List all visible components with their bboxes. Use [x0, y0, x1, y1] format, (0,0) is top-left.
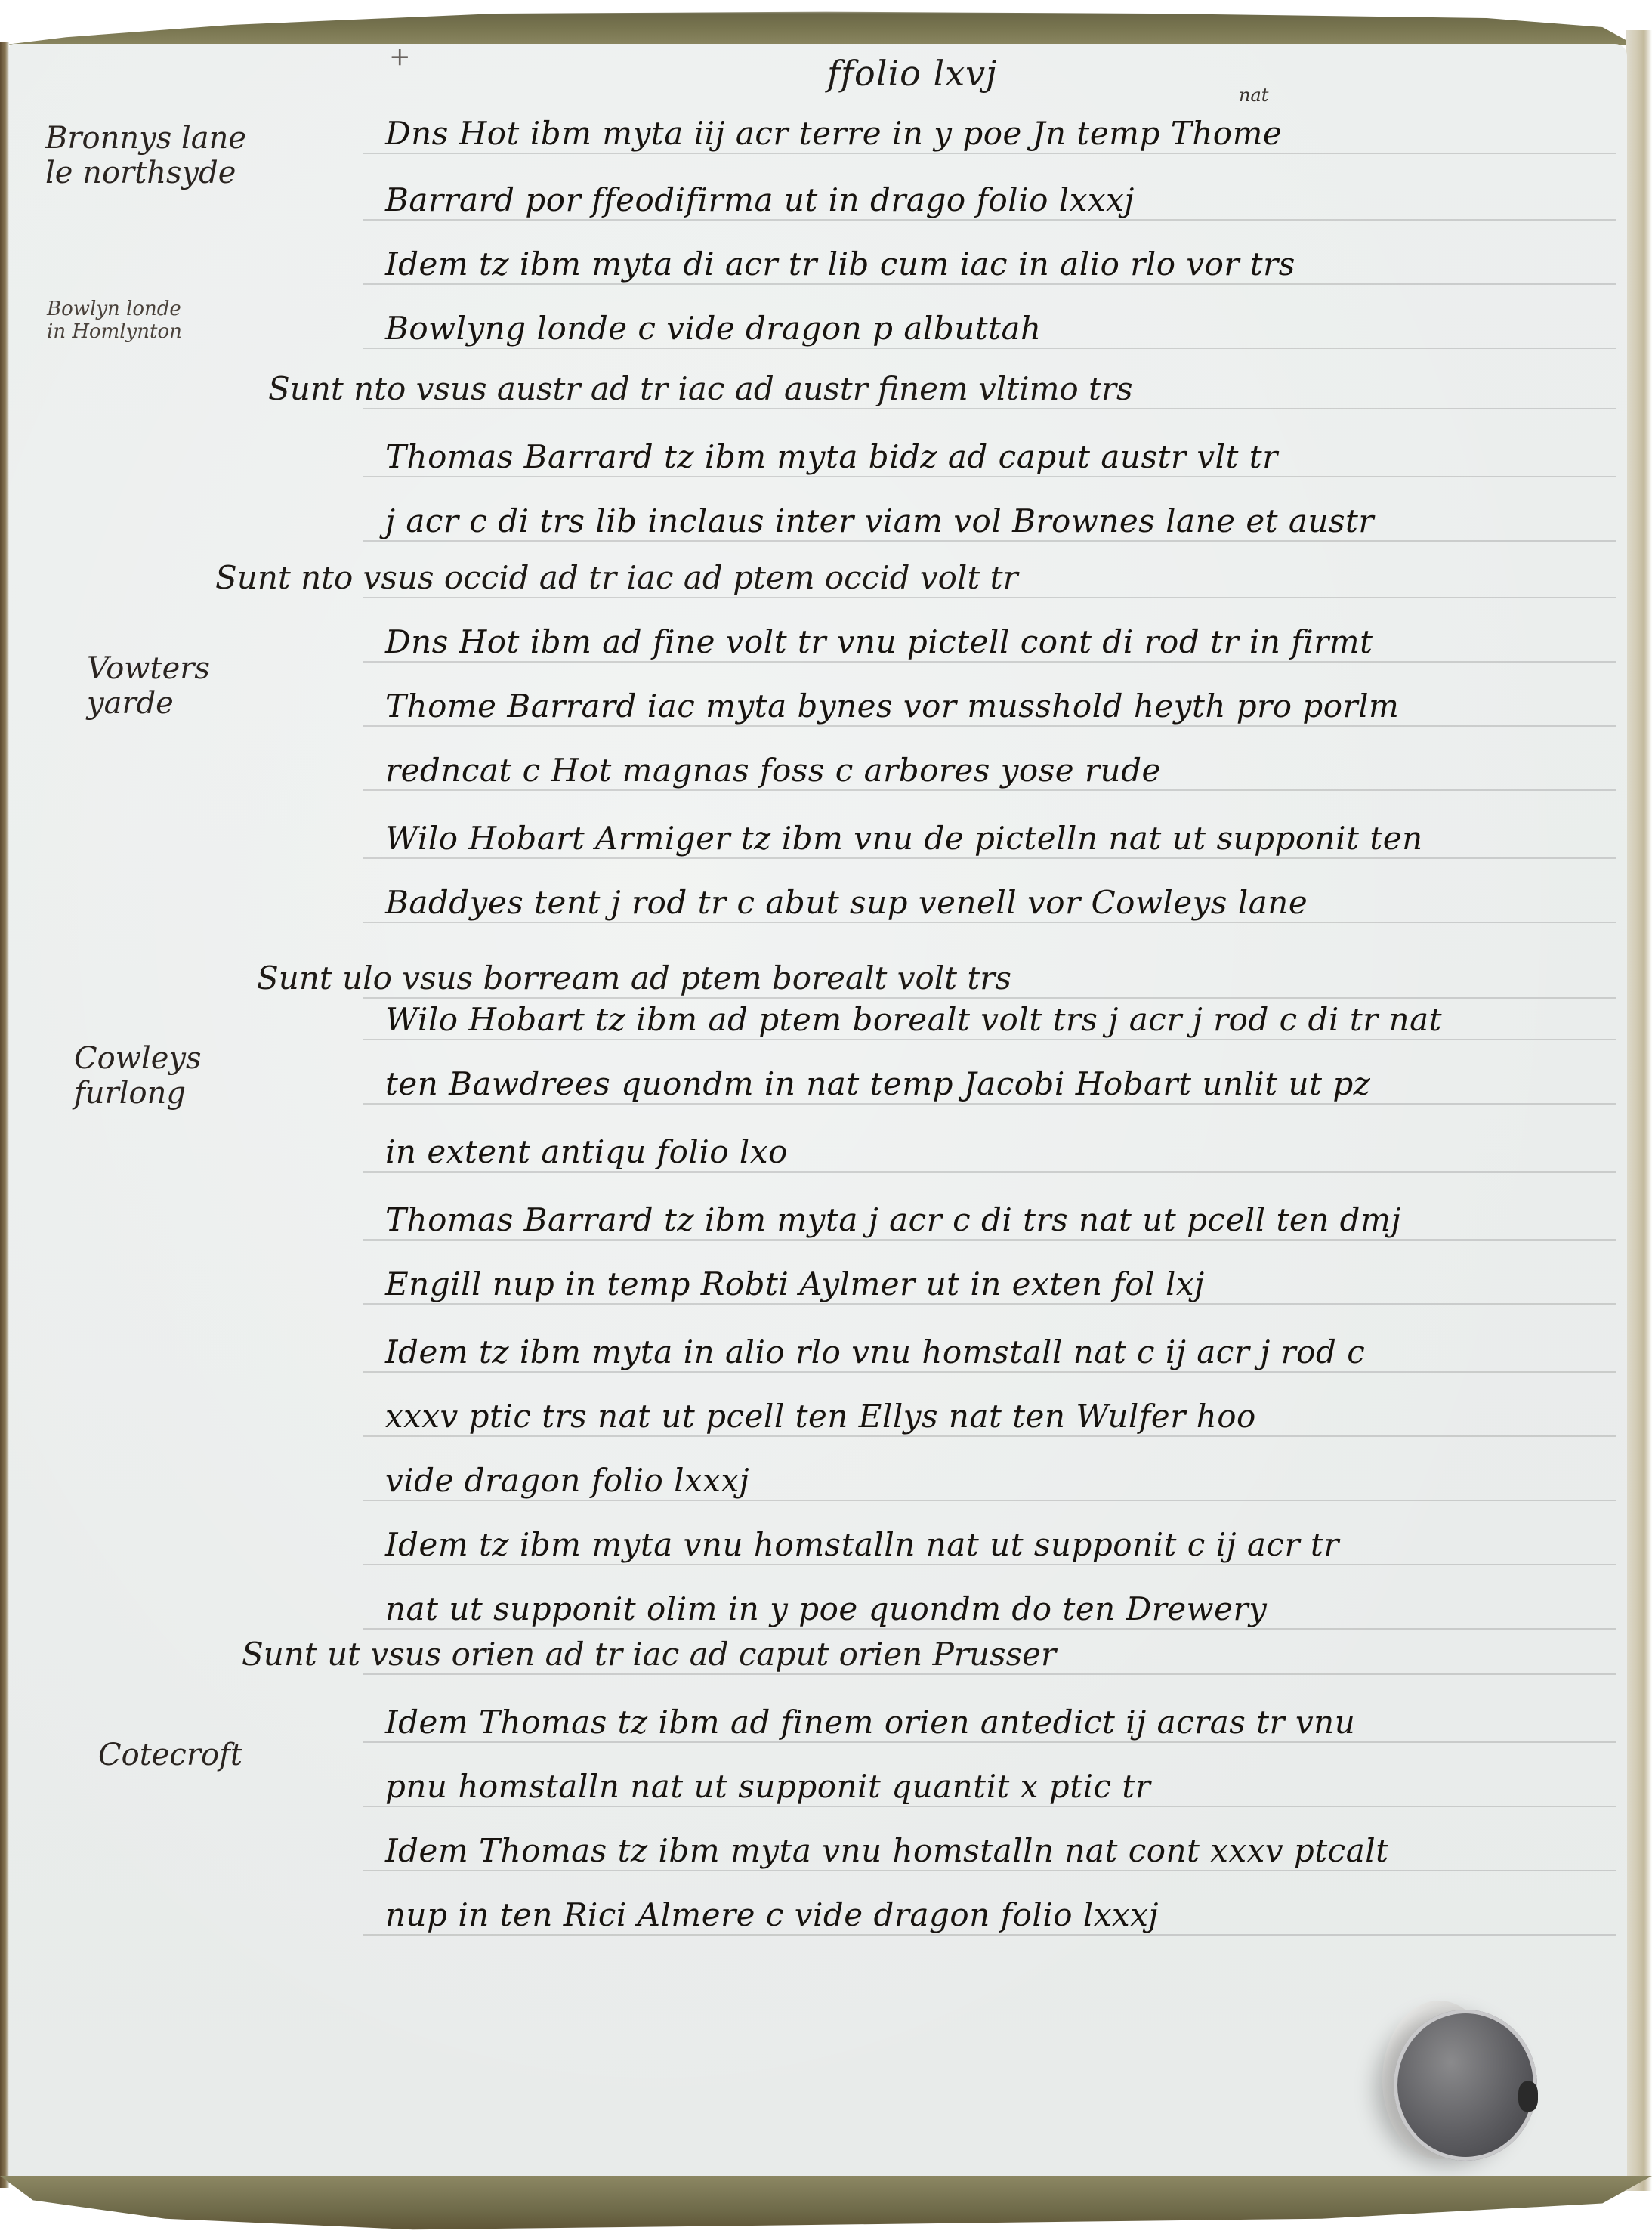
text-line: Thomas Barrard tz ibm myta j acr c di tr… — [385, 1201, 1401, 1238]
binding-top-edge — [0, 0, 1652, 45]
text-line: pnu homstalln nat ut supponit quantit x … — [385, 1768, 1150, 1805]
margin-note-cowleys-furlong: Cowleys furlong — [74, 1041, 202, 1111]
ruled-line — [363, 283, 1616, 285]
ruled-line — [363, 1171, 1616, 1173]
metal-stud-notch — [1518, 2081, 1538, 2112]
ruled-line — [363, 789, 1616, 791]
text-line: Idem Thomas tz ibm myta vnu homstalln na… — [385, 1832, 1389, 1869]
metal-stud-icon — [1394, 2010, 1537, 2161]
ruled-line — [363, 857, 1616, 859]
text-line: Barrard por ffeodifirma ut in drago foli… — [385, 181, 1135, 218]
text-line: ten Bawdrees quondm in nat temp Jacobi H… — [385, 1065, 1370, 1102]
text-line: Idem tz ibm myta in alio rlo vnu homstal… — [385, 1333, 1365, 1370]
ruled-line — [363, 153, 1616, 154]
section-head-west: Sunt nto vsus occid ad tr iac ad ptem oc… — [215, 559, 1018, 596]
text-line: Thome Barrard iac myta bynes vor musshol… — [385, 687, 1399, 725]
ruled-line — [363, 661, 1616, 663]
text-line: redncat c Hot magnas foss c arbores yose… — [385, 752, 1161, 789]
text-line: Dns Hot ibm myta iij acr terre in y poe … — [385, 115, 1282, 152]
ruled-line — [363, 1371, 1616, 1373]
ruled-line — [363, 1870, 1616, 1871]
ruled-line — [363, 1500, 1616, 1501]
margin-note-bowlyn-londe: Bowlyn londe in Homlynton — [47, 298, 182, 344]
ruled-line — [363, 1741, 1616, 1743]
ruled-line — [363, 219, 1616, 221]
text-line: vide dragon folio lxxxj — [385, 1462, 749, 1499]
folio-heading: ffolio lxvj — [827, 53, 997, 94]
margin-note-bronnys-lane: Bronnys lane le northsyde — [45, 121, 246, 190]
ruled-line — [363, 408, 1616, 409]
ruled-line — [363, 922, 1616, 923]
ruled-line — [363, 540, 1616, 542]
section-head-south: Sunt nto vsus austr ad tr iac ad austr f… — [268, 370, 1133, 407]
ruled-line — [363, 1103, 1616, 1105]
margin-note-vowters-yarde: Vowters yarde — [87, 651, 210, 721]
ruled-line — [363, 1628, 1616, 1630]
page-fore-edge — [1626, 30, 1652, 2191]
ruled-line — [363, 1039, 1616, 1040]
text-line: Idem tz ibm myta vnu homstalln nat ut su… — [385, 1526, 1339, 1563]
text-line: Thomas Barrard tz ibm myta bidz ad caput… — [385, 438, 1278, 475]
ruled-line — [363, 348, 1616, 349]
text-line: Dns Hot ibm ad fine volt tr vnu pictell … — [385, 623, 1373, 660]
ruled-line — [363, 1564, 1616, 1565]
text-line: Wilo Hobart tz ibm ad ptem borealt volt … — [385, 1001, 1442, 1038]
section-head-east: Sunt ut vsus orien ad tr iac ad caput or… — [242, 1636, 1056, 1673]
text-line: Idem tz ibm myta di acr tr lib cum iac i… — [385, 246, 1295, 283]
ruled-line — [363, 1934, 1616, 1936]
superscript-note: nat — [1239, 85, 1268, 106]
text-line: nat ut supponit olim in y poe quondm do … — [385, 1590, 1267, 1627]
text-line: j acr c di trs lib inclaus inter viam vo… — [385, 502, 1374, 539]
text-line: Wilo Hobart Armiger tz ibm vnu de pictel… — [385, 820, 1423, 857]
ruled-line — [363, 1303, 1616, 1305]
ruled-line — [363, 997, 1616, 999]
ruled-line — [363, 725, 1616, 727]
ruled-line — [363, 1239, 1616, 1241]
text-line: Engill nup in temp Robti Aylmer ut in ex… — [385, 1265, 1205, 1302]
ruled-line — [363, 1435, 1616, 1437]
margin-note-cotecroft: Cotecroft — [98, 1738, 242, 1772]
ruled-line — [363, 476, 1616, 477]
ruled-line — [363, 1806, 1616, 1807]
text-line: Baddyes tent j rod tr c abut sup venell … — [385, 884, 1308, 921]
text-line: xxxv ptic trs nat ut pcell ten Ellys nat… — [385, 1398, 1256, 1435]
text-line: in extent antiqu folio lxo — [385, 1133, 788, 1170]
cross-mark: + — [389, 42, 411, 72]
section-head-north: Sunt ulo vsus borream ad ptem borealt vo… — [257, 959, 1011, 996]
binding-bottom-edge — [0, 2176, 1652, 2237]
text-line: nup in ten Rici Almere c vide dragon fol… — [385, 1896, 1159, 1933]
text-line: Idem Thomas tz ibm ad finem orien antedi… — [385, 1704, 1355, 1741]
ruled-line — [363, 597, 1616, 598]
text-line: Bowlyng londe c vide dragon p albuttah — [385, 310, 1042, 347]
ruled-line — [363, 1673, 1616, 1675]
binding-left-edge — [0, 42, 9, 2188]
